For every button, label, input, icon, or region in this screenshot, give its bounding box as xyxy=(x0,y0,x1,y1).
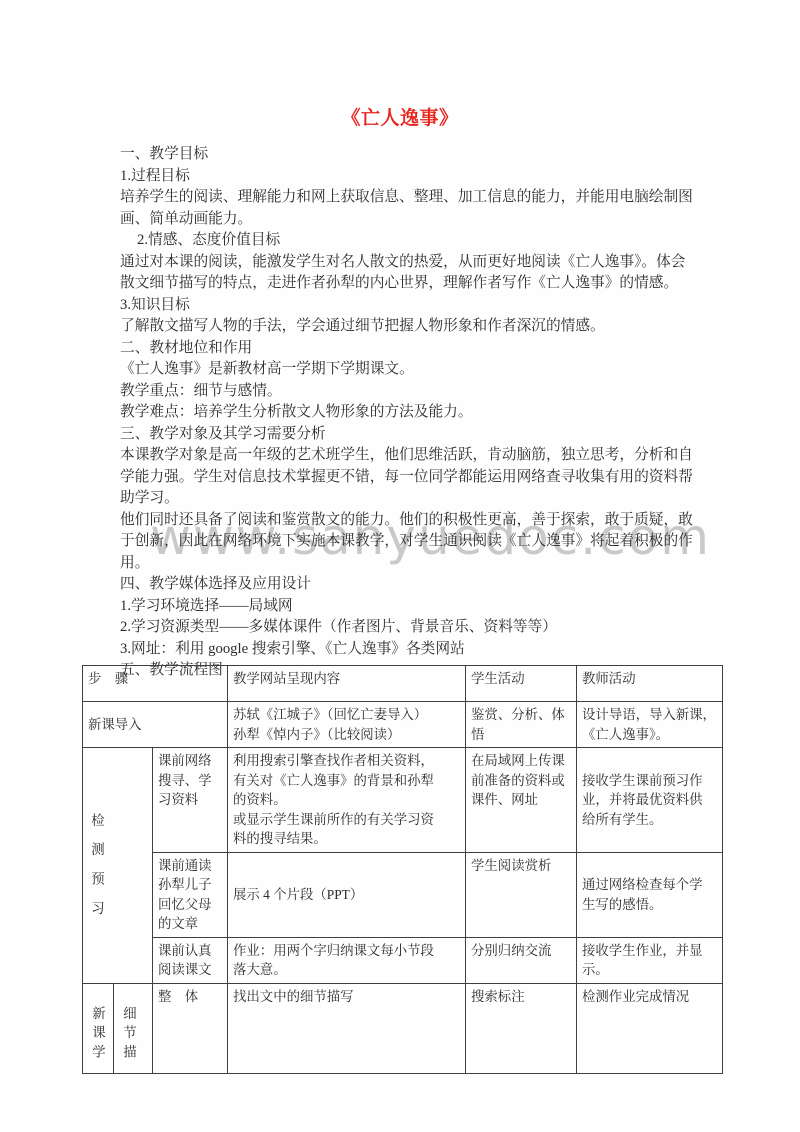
vertical-label-preview-check: 检测预习 xyxy=(87,813,107,931)
cell-new-lesson-content: 找出文中的细节描写 xyxy=(228,983,466,1073)
text-line: 培养学生的阅读、理解能力和网上获取信息、整理、加工信息的能力，并能用电脑绘制图 xyxy=(120,187,686,209)
text-line: 学能力强。学生对信息技术掌握更不错，每一位同学都能运用网络查寻收集有用的资料帮 xyxy=(120,467,686,489)
cell-preview-substep-reading: 课前通读 孙犁儿子 回忆父母 的文章 xyxy=(153,852,228,937)
cell-intro-content: 苏轼《江城子》（回忆亡妻导入） 孙犁《悼内子》（比较阅读） xyxy=(228,702,466,748)
cell-new-lesson-teacher: 检测作业完成情况 xyxy=(577,983,723,1073)
text-line: 散文细节描写的特点，走进作者孙犁的内心世界，理解作者写作《亡人逸事》的情感。 xyxy=(120,273,686,295)
cell-new-lesson-substep: 整 体 xyxy=(153,983,228,1073)
text-line: 三、教学对象及其学习需要分析 xyxy=(120,424,686,446)
text-line: 四、教学媒体选择及应用设计 xyxy=(120,574,686,596)
table-row: 步 骤 教学网站呈现内容 学生活动 教师活动 xyxy=(83,666,723,702)
text-line: 了解散文描写人物的手法，学会通过细节把握人物形象和作者深沉的情感。 xyxy=(120,316,686,338)
text-line: 助学习。 xyxy=(120,488,686,510)
cell-step-preview-check: 检测预习 xyxy=(83,748,153,984)
text-line: 教学重点：细节与感情。 xyxy=(120,381,686,403)
text-line: 于创新，因此在网络环境下实施本课教学，对学生通识阅读《亡人逸事》将起着积极的作 xyxy=(120,531,686,553)
text-line: 2.情感、态度价值目标 xyxy=(120,230,686,252)
text-line: 2.学习资源类型——多媒体课件（作者图片、背景音乐、资料等等） xyxy=(120,617,686,639)
document-page: www.sanyuedoc.com 《亡人逸事》 一、教学目标 1.过程目标 培… xyxy=(0,0,800,1132)
header-website-content: 教学网站呈现内容 xyxy=(228,666,466,702)
cell-preview-content-text: 作业：用两个字归纳课文每小节段 落大意。 xyxy=(228,937,466,983)
document-title: 《亡人逸事》 xyxy=(0,103,800,130)
cell-preview-substep-search: 课前网络 搜寻、学 习资料 xyxy=(153,748,228,853)
vertical-label-new-lesson: 新课学 xyxy=(88,1006,108,1064)
text-line: 画、简单动画能力。 xyxy=(120,209,686,231)
cell-new-lesson-label: 新课学 xyxy=(83,983,114,1073)
header-teacher-activity: 教师活动 xyxy=(577,666,723,702)
cell-detail-label: 细节描 xyxy=(114,983,153,1073)
cell-preview-teacher-reading: 通过网络检查每个学 生写的感悟。 xyxy=(577,852,723,937)
text-line: 通过对本课的阅读，能激发学生对名人散文的热爱，从而更好地阅读《亡人逸事》。体会 xyxy=(120,252,686,274)
vertical-label-detail: 细节描 xyxy=(119,1006,139,1064)
cell-preview-student-reading: 学生阅读赏析 xyxy=(466,852,577,937)
cell-new-lesson-student: 搜索标注 xyxy=(466,983,577,1073)
cell-preview-content-search: 利用搜索引擎查找作者相关资料， 有关对《亡人逸事》的背景和孙犁 的资料。 或显示… xyxy=(228,748,466,853)
table-row: 新课导入 苏轼《江城子》（回忆亡妻导入） 孙犁《悼内子》（比较阅读） 鉴赏、分析… xyxy=(83,702,723,748)
cell-preview-student-search: 在局域网上传课 前准备的资料或 课件、网址 xyxy=(466,748,577,853)
text-line: 3.知识目标 xyxy=(120,295,686,317)
header-steps: 步 骤 xyxy=(83,666,228,702)
cell-intro-teacher: 设计导语，导入新课， 《亡人逸事》。 xyxy=(577,702,723,748)
text-line: 教学难点：培养学生分析散文人物形象的方法及能力。 xyxy=(120,402,686,424)
text-line: 3.网址：利用 google 搜索引擎、《亡人逸事》各类网站 xyxy=(120,639,686,661)
teaching-flow-table: 步 骤 教学网站呈现内容 学生活动 教师活动 新课导入 苏轼《江城子》（回忆亡妻… xyxy=(82,665,723,1074)
text-line: 二、教材地位和作用 xyxy=(120,338,686,360)
cell-step-intro: 新课导入 xyxy=(83,702,228,748)
text-line: 用。 xyxy=(120,553,686,575)
table-row: 课前认真 阅读课文 作业：用两个字归纳课文每小节段 落大意。 分别归纳交流 接收… xyxy=(83,937,723,983)
text-line: 本课教学对象是高一年级的艺术班学生，他们思维活跃，肯动脑筋，独立思考，分析和自 xyxy=(120,445,686,467)
text-line: 1.过程目标 xyxy=(120,166,686,188)
table-row: 新课学 细节描 整 体 找出文中的细节描写 搜索标注 检测作业完成情况 xyxy=(83,983,723,1073)
table-row: 课前通读 孙犁儿子 回忆父母 的文章 展示 4 个片段（PPT） 学生阅读赏析 … xyxy=(83,852,723,937)
text-line: 1.学习环境选择——局域网 xyxy=(120,596,686,618)
text-line: 他们同时还具备了阅读和鉴赏散文的能力。他们的积极性更高，善于探索，敢于质疑，敢 xyxy=(120,510,686,532)
table-row: 检测预习 课前网络 搜寻、学 习资料 利用搜索引擎查找作者相关资料， 有关对《亡… xyxy=(83,748,723,853)
cell-preview-student-text: 分别归纳交流 xyxy=(466,937,577,983)
cell-preview-content-reading: 展示 4 个片段（PPT） xyxy=(228,852,466,937)
cell-intro-student: 鉴赏、分析、体 悟 xyxy=(466,702,577,748)
cell-preview-substep-text: 课前认真 阅读课文 xyxy=(153,937,228,983)
document-body: 一、教学目标 1.过程目标 培养学生的阅读、理解能力和网上获取信息、整理、加工信… xyxy=(120,144,686,682)
text-line: 《亡人逸事》是新教材高一学期下学期课文。 xyxy=(120,359,686,381)
cell-preview-teacher-text: 接收学生作业，并显 示。 xyxy=(577,937,723,983)
text-line: 一、教学目标 xyxy=(120,144,686,166)
header-student-activity: 学生活动 xyxy=(466,666,577,702)
cell-preview-teacher-search: 接收学生课前预习作 业，并将最优资料供 给所有学生。 xyxy=(577,748,723,853)
